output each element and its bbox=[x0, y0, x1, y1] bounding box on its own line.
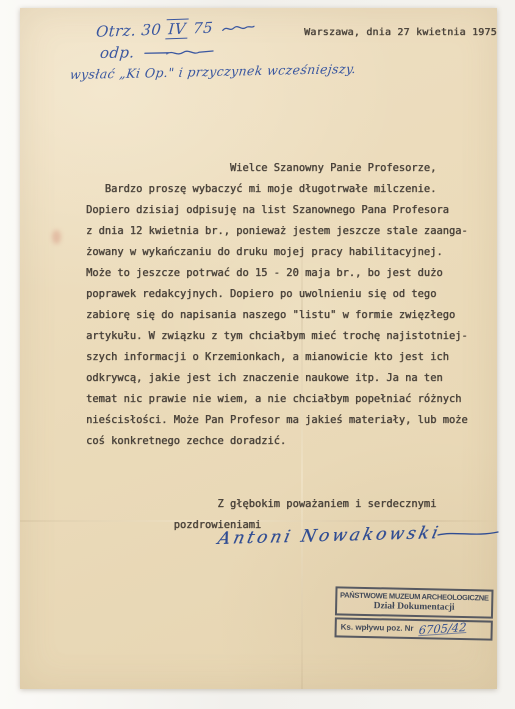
received-day: 30 bbox=[141, 20, 162, 39]
stamp-entry-label: Ks. wpływu poz. Nr bbox=[341, 622, 414, 633]
received-month-roman: IV bbox=[166, 19, 189, 40]
reply-label: odp. bbox=[99, 43, 135, 62]
museum-stamp: PAŃSTWOWE MUZEUM ARCHEOLOGICZNE Dział Do… bbox=[334, 586, 493, 640]
letter-body: Wielce Szanowny Panie Profesorze, Bardzo… bbox=[86, 158, 468, 536]
paraph-scribble-icon bbox=[221, 21, 256, 34]
signature-flourish-icon bbox=[436, 527, 500, 541]
handwritten-reply-note: odp. bbox=[99, 42, 215, 62]
dateline: Warszawa, dnia 27 kwietnia 1975 bbox=[304, 27, 497, 38]
scanned-letter-paper: Otrz. 30 IV 75 odp. wysłać „Ki Op." i pr… bbox=[20, 8, 497, 689]
stamp-department: Dział Dokumentacji bbox=[339, 600, 489, 613]
dash-scribble-icon bbox=[142, 46, 215, 59]
stamp-entry-box: Ks. wpływu poz. Nr 6705/42 bbox=[334, 617, 492, 640]
handwritten-send-note: wysłać „Ki Op." i przyczynek wcześniejsz… bbox=[69, 61, 357, 82]
received-prefix: Otrz. bbox=[95, 21, 136, 40]
paper-smudge bbox=[52, 230, 61, 244]
stamp-header-box: PAŃSTWOWE MUZEUM ARCHEOLOGICZNE Dział Do… bbox=[335, 586, 494, 618]
handwritten-received-note: Otrz. 30 IV 75 bbox=[95, 17, 255, 41]
signature: Antoni Nowakowski bbox=[218, 526, 500, 546]
received-year: 75 bbox=[192, 19, 213, 38]
signature-name: Antoni Nowakowski bbox=[216, 523, 443, 549]
stamp-entry-number-handwritten: 6705/42 bbox=[418, 622, 466, 636]
